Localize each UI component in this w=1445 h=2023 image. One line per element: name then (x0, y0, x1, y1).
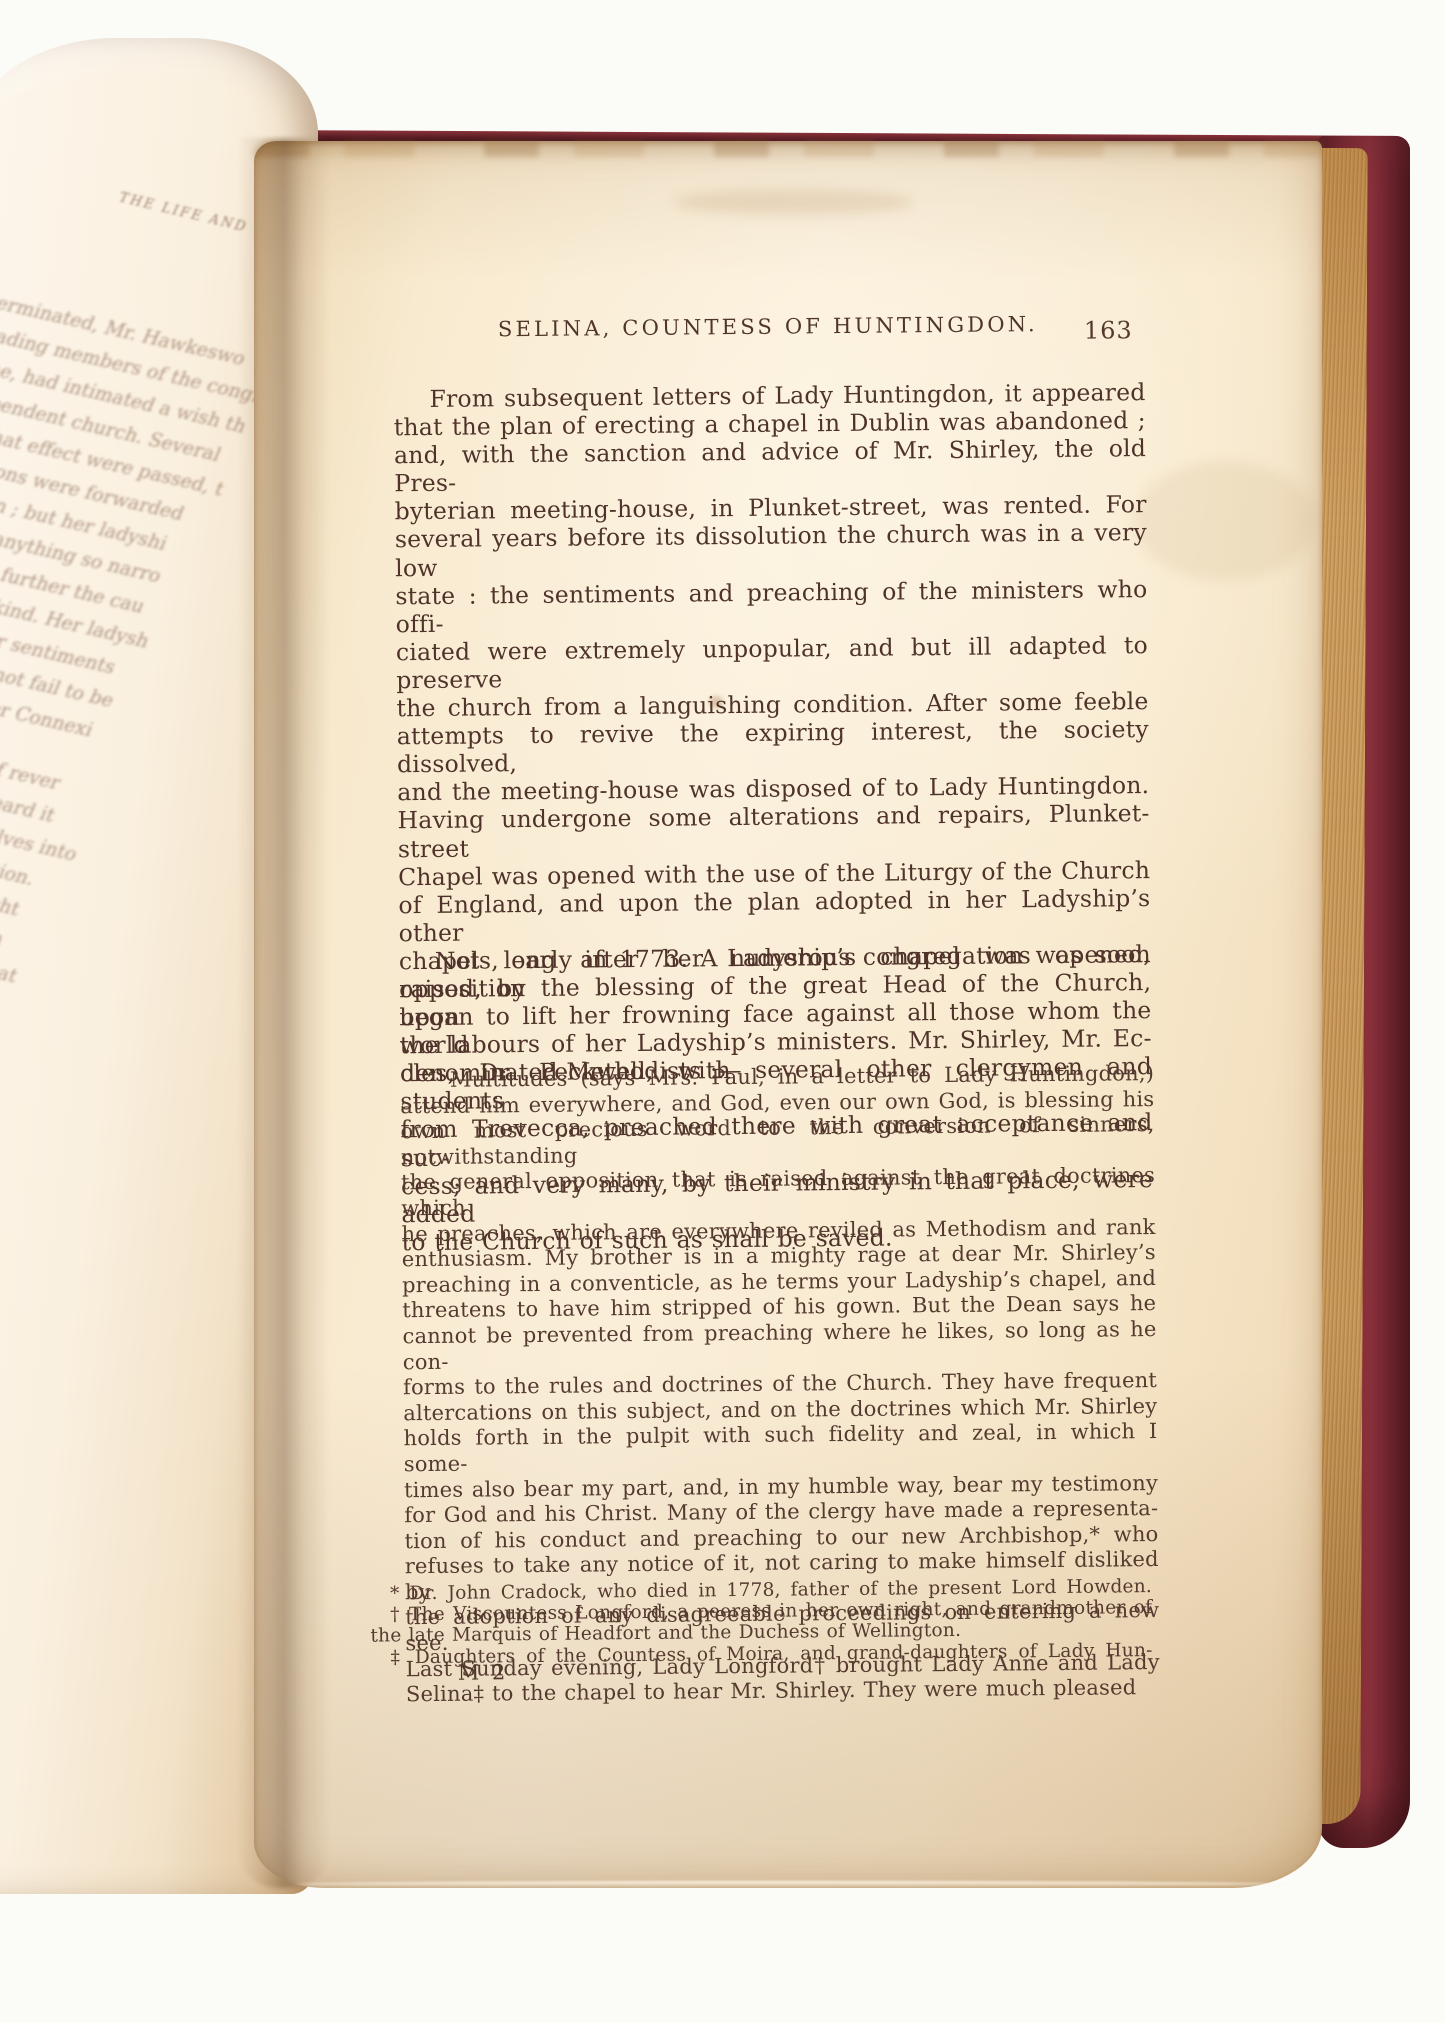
text-line: began to lift her frowning face against … (399, 996, 1152, 1059)
text-line: Not long after her Ladyship’s chapel was… (399, 940, 1152, 1003)
page-number: 163 (1084, 316, 1133, 344)
running-header: SELINA, COUNTESS OF HUNTINGDON. (393, 311, 1143, 342)
page-bottom-edge-highlight (294, 1881, 1292, 1887)
text-line: Having undergone some alterations and re… (397, 799, 1150, 862)
left-text-block-middle: know so well my sentiments of reverneed … (0, 689, 112, 1455)
signature-mark: M 2 (458, 1660, 509, 1684)
text-line: cannot be prevented from preaching where… (402, 1317, 1156, 1375)
text-line: of England, and upon the plan adopted in… (398, 884, 1151, 947)
text-line: ciated were extremely unpopular, and but… (396, 631, 1149, 694)
text-line: holds forth in the pulpit with such fide… (403, 1419, 1157, 1477)
text-line: the general opposition that is raised ag… (401, 1163, 1155, 1221)
right-page: SELINA, COUNTESS OF HUNTINGDON. 163 From… (254, 141, 1322, 1888)
footnotes-block: * Dr. John Cradock, who died in 1778, fa… (370, 1576, 1153, 1668)
right-page-content: SELINA, COUNTESS OF HUNTINGDON. 163 From… (252, 134, 1337, 1891)
text-line: own most precious word to the conversion… (400, 1112, 1154, 1170)
text-line: attempts to revive the expiring interest… (397, 715, 1150, 778)
book-photo: 162 THE LIFE AND TIMES OF ting was termi… (0, 0, 1445, 2023)
text-line: and, with the sanction and advice of Mr.… (394, 434, 1147, 497)
text-line: state : the sentiments and preaching of … (395, 575, 1148, 638)
text-line: several years before its dissolution the… (395, 519, 1148, 582)
